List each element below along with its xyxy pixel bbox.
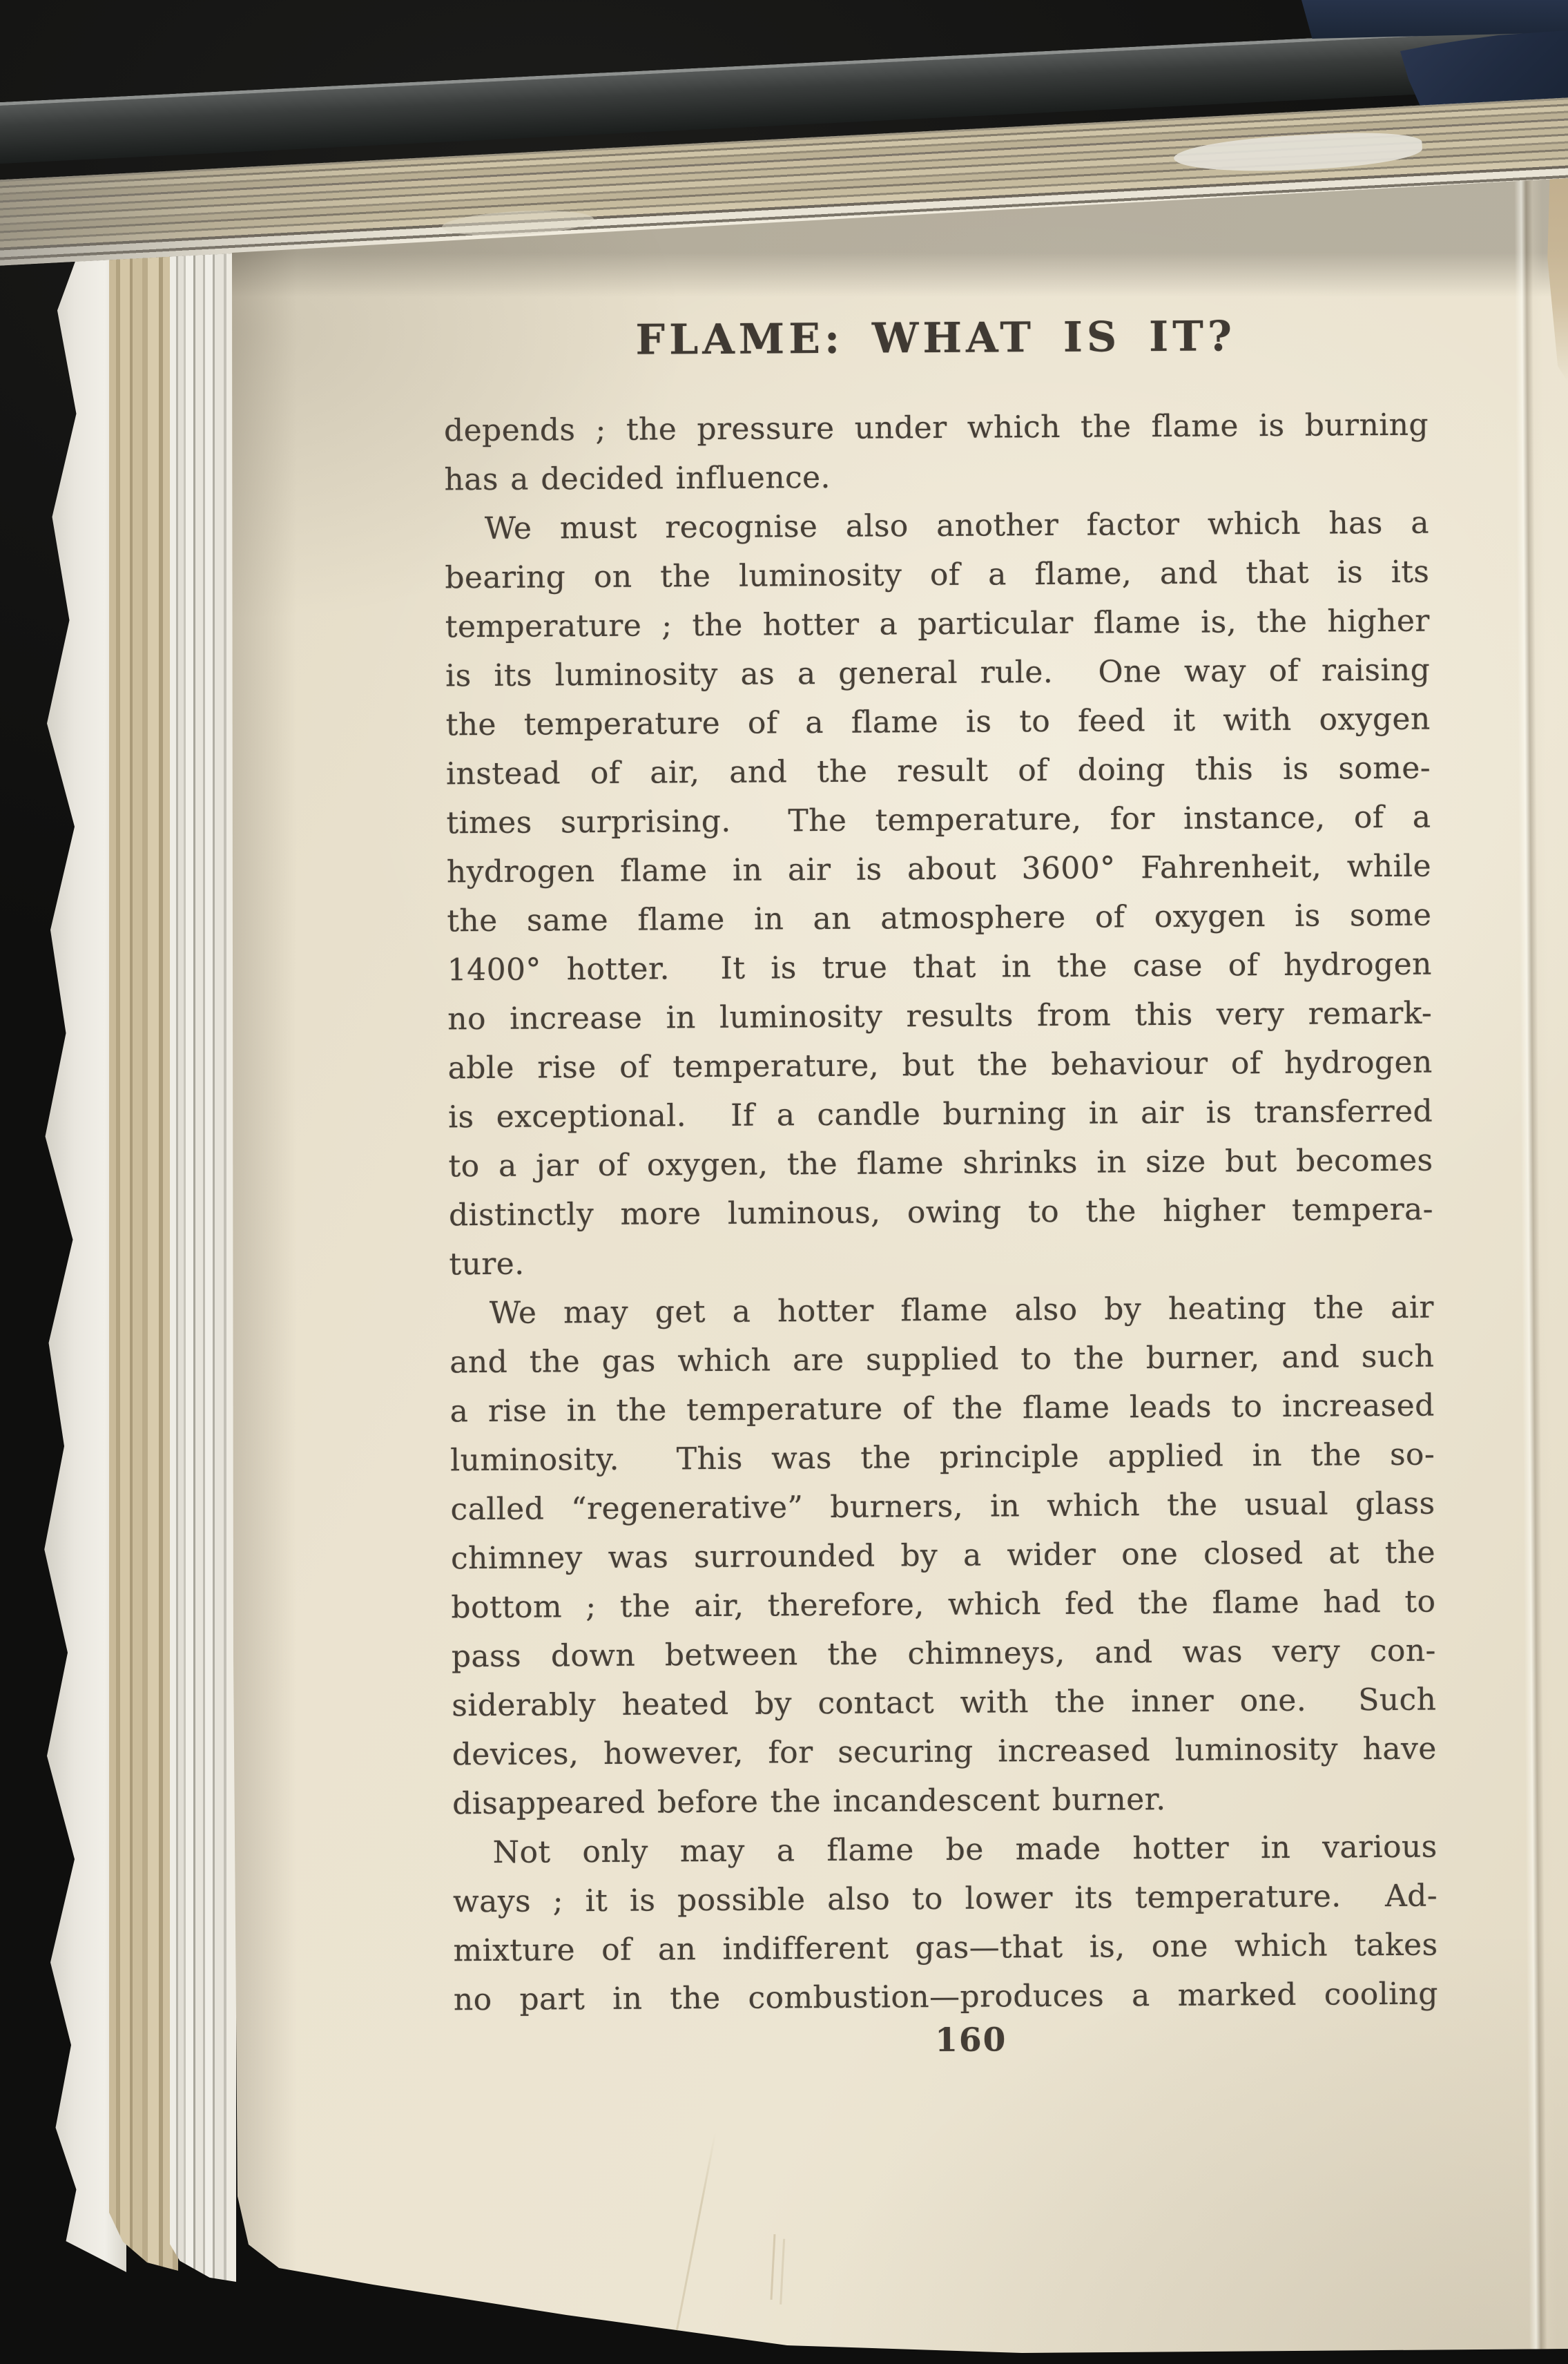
text-line: no increase in luminosity results from t… bbox=[447, 989, 1432, 1044]
text-line: We may get a hotter flame also by heatin… bbox=[449, 1283, 1434, 1338]
text-line: no part in the combustion—produces a mar… bbox=[454, 1970, 1438, 2025]
page-number: 160 bbox=[454, 2018, 1463, 2062]
scanned-book-photo: FLAME: WHAT IS IT? depends ; the pressur… bbox=[0, 0, 1568, 2364]
navy-cover-spine-strip bbox=[1301, 0, 1568, 39]
text-line: and the gas which are supplied to the bu… bbox=[449, 1332, 1434, 1387]
text-line: the temperature of a flame is to feed it… bbox=[445, 695, 1430, 750]
left-page-stack-tan-edges bbox=[109, 192, 178, 2271]
text-line: chimney was surrounded by a wider one cl… bbox=[451, 1528, 1435, 1584]
text-line: bottom ; the air, therefore, which fed t… bbox=[451, 1577, 1435, 1633]
text-line: called “regenerative” burners, in which … bbox=[450, 1479, 1435, 1535]
text-line: able rise of temperature, but the behavi… bbox=[447, 1038, 1432, 1093]
text-line: ture. bbox=[449, 1234, 1433, 1289]
text-line: has a decided influence. bbox=[444, 450, 1429, 505]
text-line: siderably heated by contact with the inn… bbox=[452, 1675, 1436, 1731]
text-line: temperature ; the hotter a particular fl… bbox=[445, 597, 1430, 652]
text-line: Not only may a flame be made hotter in v… bbox=[452, 1823, 1437, 1878]
left-page-stack-inner-edges bbox=[170, 184, 236, 2282]
text-line: 1400° hotter. It is true that in the cas… bbox=[447, 940, 1432, 995]
text-line: distinctly more luminous, owing to the h… bbox=[449, 1185, 1433, 1240]
text-line: the same flame in an atmosphere of oxyge… bbox=[447, 891, 1431, 946]
text-line: to a jar of oxygen, the flame shrinks in… bbox=[448, 1136, 1433, 1191]
text-line: depends ; the pressure under which the f… bbox=[444, 401, 1429, 456]
text-line: times surprising. The temperature, for i… bbox=[446, 793, 1431, 848]
running-head: FLAME: WHAT IS IT? bbox=[443, 311, 1428, 366]
text-line: instead of air, and the result of doing … bbox=[446, 744, 1431, 799]
text-line: hydrogen flame in air is about 3600° Fah… bbox=[447, 842, 1431, 897]
text-line: We must recognise also another factor wh… bbox=[445, 499, 1429, 554]
text-line: ways ; it is possible also to lower its … bbox=[453, 1872, 1438, 1927]
text-line: disappeared before the incandescent burn… bbox=[452, 1774, 1437, 1829]
text-line: mixture of an indifferent gas—that is, o… bbox=[453, 1921, 1438, 1976]
text-line: a rise in the temperature of the flame l… bbox=[450, 1381, 1435, 1436]
text-line: is its luminosity as a general rule. One… bbox=[445, 646, 1430, 701]
text-line: luminosity. This was the principle appli… bbox=[450, 1430, 1435, 1486]
text-line: bearing on the luminosity of a flame, an… bbox=[445, 548, 1429, 603]
text-line: pass down between the chimneys, and was … bbox=[452, 1626, 1436, 1682]
text-line: devices, however, for securing increased… bbox=[452, 1724, 1437, 1780]
text-line: is exceptional. If a candle burning in a… bbox=[448, 1087, 1433, 1142]
body-text: depends ; the pressure under which the f… bbox=[444, 401, 1438, 2025]
